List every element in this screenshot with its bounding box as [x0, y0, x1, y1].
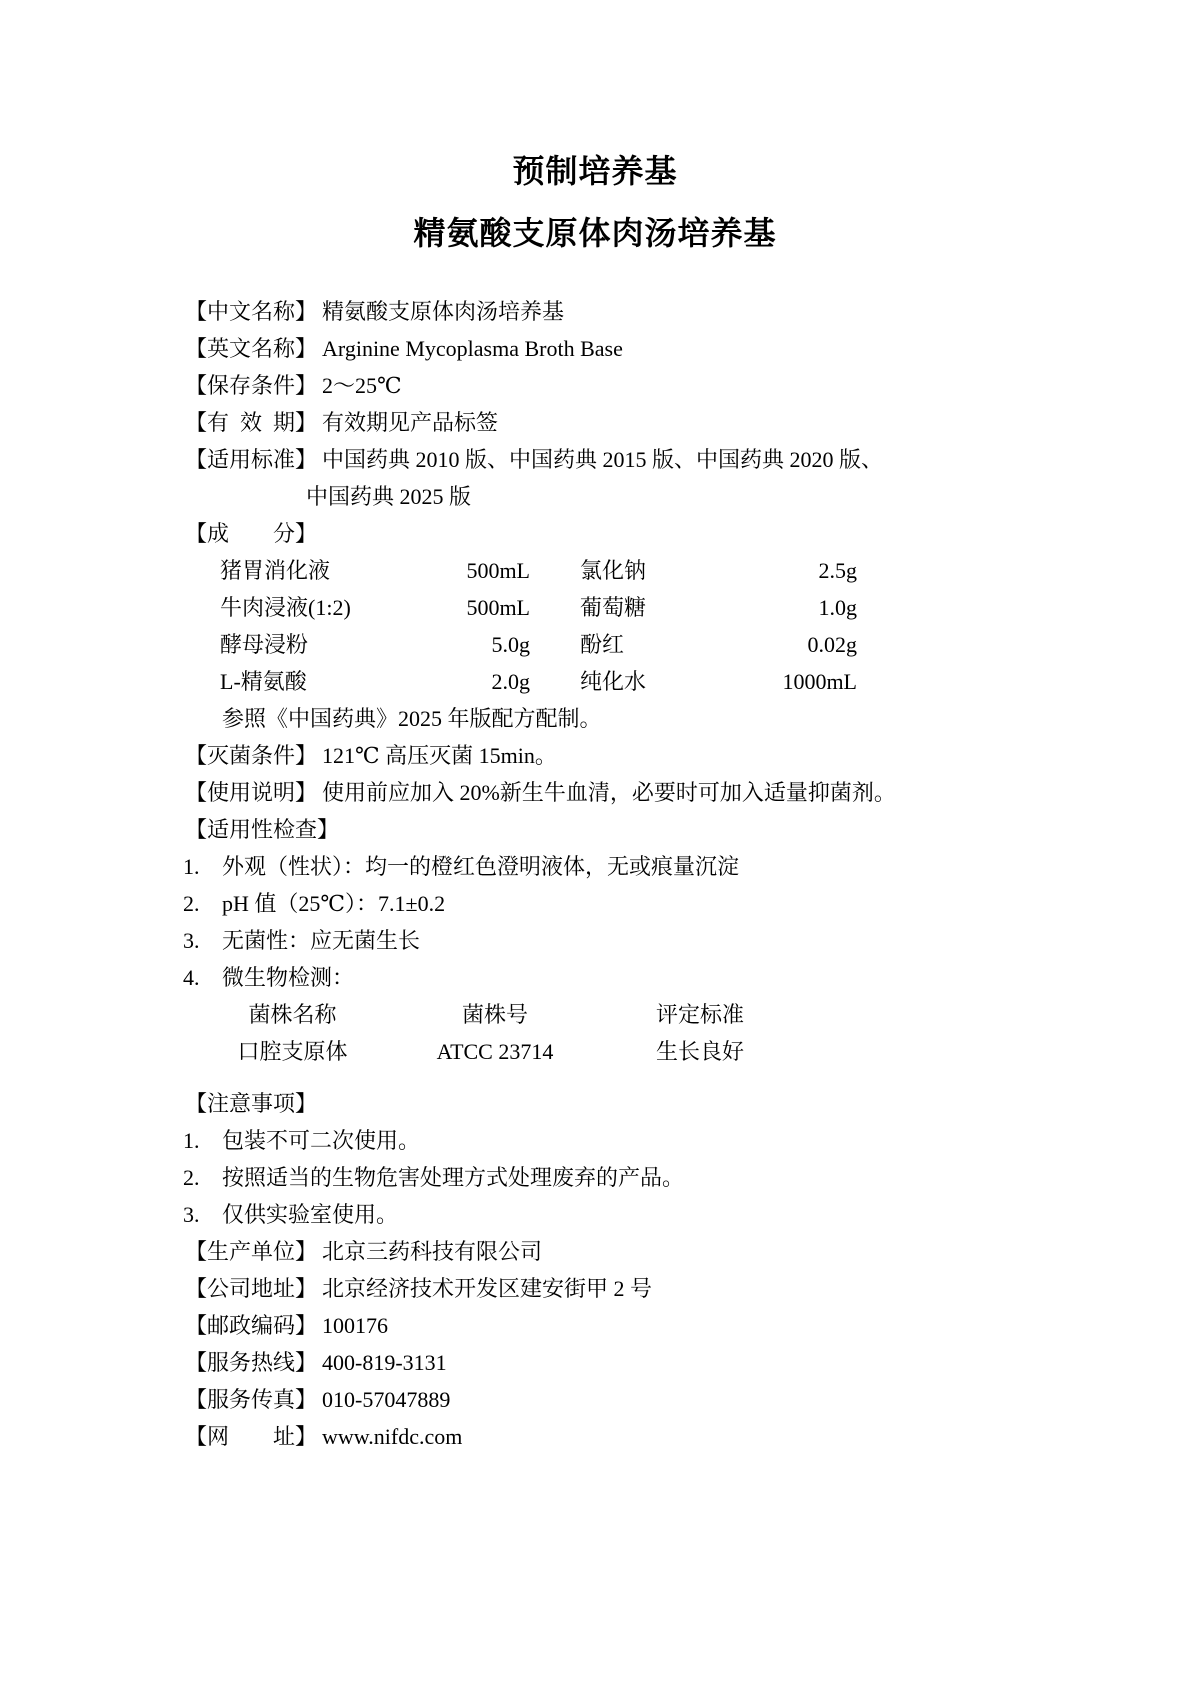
strain-table-header: 菌株名称 菌株号 评定标准 [185, 996, 1015, 1033]
doc-title-line1: 预制培养基 [0, 151, 1190, 191]
field-standard-label: 【适用标准】 [185, 447, 317, 472]
notice-item: 1.包装不可二次使用。 [185, 1122, 1015, 1159]
field-usage-value: 使用前应加入 20%新生牛血清，必要时可加入适量抑菌剂。 [322, 780, 896, 805]
field-fax: 【服务传真】010-57047889 [185, 1381, 1015, 1418]
field-cn-name-value: 精氨酸支原体肉汤培养基 [322, 299, 564, 324]
field-storage-label: 【保存条件】 [185, 373, 317, 398]
field-cn-name: 【中文名称】精氨酸支原体肉汤培养基 [185, 293, 1015, 330]
field-hotline: 【服务热线】400-819-3131 [185, 1344, 1015, 1381]
comp-ingredient: 纯化水 [580, 663, 646, 700]
item-number: 1. [183, 1122, 222, 1159]
field-website-label: 【网 址】 [185, 1424, 317, 1449]
strain-name: 口腔支原体 [185, 1033, 400, 1070]
field-validity: 【有 效 期】有效期见产品标签 [185, 404, 1015, 441]
comp-ingredient: 葡萄糖 [580, 589, 646, 626]
item-number: 3. [183, 922, 222, 959]
field-cn-name-label: 【中文名称】 [185, 299, 317, 324]
suitability-item: 1.外观（性状）：均一的橙红色澄明液体，无或痕量沉淀 [185, 848, 1015, 885]
strain-result: 生长良好 [590, 1033, 810, 1070]
field-hotline-value: 400-819-3131 [322, 1350, 447, 1375]
notice-item: 3.仅供实验室使用。 [185, 1196, 1015, 1233]
field-standard: 【适用标准】中国药典 2010 版、中国药典 2015 版、中国药典 2020 … [185, 441, 1015, 478]
field-fax-value: 010-57047889 [322, 1387, 450, 1412]
suitability-item: 3.无菌性：应无菌生长 [185, 922, 1015, 959]
item-text: 仅供实验室使用。 [222, 1196, 398, 1233]
composition-row: L-精氨酸2.0g 纯化水1000mL [185, 663, 1015, 700]
comp-ingredient: 氯化钠 [580, 552, 646, 589]
field-sterilization-value: 121℃ 高压灭菌 15min。 [322, 743, 557, 768]
item-text: 包装不可二次使用。 [222, 1122, 420, 1159]
field-en-name-label: 【英文名称】 [185, 336, 317, 361]
field-hotline-label: 【服务热线】 [185, 1350, 317, 1375]
field-standard-value-line1: 中国药典 2010 版、中国药典 2015 版、中国药典 2020 版、 [322, 447, 883, 472]
suitability-item: 4.微生物检测： [185, 959, 1015, 996]
field-en-name-value: Arginine Mycoplasma Broth Base [322, 336, 623, 361]
comp-ingredient: 酚红 [580, 626, 624, 663]
comp-amount: 500mL [466, 552, 530, 589]
notices-label: 【注意事项】 [185, 1085, 1015, 1122]
composition-row: 牛肉浸液(1:2)500mL 葡萄糖1.0g [185, 589, 1015, 626]
field-address-label: 【公司地址】 [185, 1276, 317, 1301]
item-number: 3. [183, 1196, 222, 1233]
field-usage: 【使用说明】使用前应加入 20%新生牛血清，必要时可加入适量抑菌剂。 [185, 774, 1015, 811]
item-text: 无菌性：应无菌生长 [222, 922, 420, 959]
comp-amount: 0.02g [808, 626, 858, 663]
comp-ingredient: L-精氨酸 [220, 663, 307, 700]
field-producer-label: 【生产单位】 [185, 1239, 317, 1264]
field-website-value: www.nifdc.com [322, 1424, 462, 1449]
field-postcode: 【邮政编码】100176 [185, 1307, 1015, 1344]
field-producer: 【生产单位】北京三药科技有限公司 [185, 1233, 1015, 1270]
field-validity-label: 【有 效 期】 [185, 410, 317, 435]
composition-label: 【成 分】 [185, 515, 1015, 552]
suitability-item: 2.pH 值（25℃）：7.1±0.2 [185, 885, 1015, 922]
strain-header-number: 菌株号 [400, 996, 590, 1033]
composition-note: 参照《中国药典》2025 年版配方配制。 [185, 700, 1015, 737]
item-text: pH 值（25℃）：7.1±0.2 [222, 885, 445, 922]
strain-header-name: 菌株名称 [185, 996, 400, 1033]
comp-ingredient: 酵母浸粉 [220, 626, 308, 663]
comp-amount: 1000mL [782, 663, 857, 700]
field-validity-value: 有效期见产品标签 [322, 410, 498, 435]
item-number: 4. [183, 959, 222, 996]
doc-title-line2: 精氨酸支原体肉汤培养基 [0, 213, 1190, 253]
comp-amount: 2.0g [492, 663, 531, 700]
field-fax-label: 【服务传真】 [185, 1387, 317, 1412]
field-standard-value-line2: 中国药典 2025 版 [185, 478, 1015, 515]
field-postcode-value: 100176 [322, 1313, 388, 1338]
item-number: 2. [183, 1159, 222, 1196]
document-page: 预制培养基 精氨酸支原体肉汤培养基 【中文名称】精氨酸支原体肉汤培养基 【英文名… [0, 0, 1190, 1683]
document-body: 【中文名称】精氨酸支原体肉汤培养基 【英文名称】Arginine Mycopla… [185, 293, 1015, 1455]
field-en-name: 【英文名称】Arginine Mycoplasma Broth Base [185, 330, 1015, 367]
comp-amount: 5.0g [492, 626, 531, 663]
field-address: 【公司地址】北京经济技术开发区建安街甲 2 号 [185, 1270, 1015, 1307]
field-sterilization: 【灭菌条件】121℃ 高压灭菌 15min。 [185, 737, 1015, 774]
comp-ingredient: 猪胃消化液 [220, 552, 330, 589]
comp-amount: 1.0g [819, 589, 858, 626]
field-storage-value: 2～25℃ [322, 373, 402, 398]
field-postcode-label: 【邮政编码】 [185, 1313, 317, 1338]
item-number: 1. [183, 848, 222, 885]
field-website: 【网 址】www.nifdc.com [185, 1418, 1015, 1455]
field-sterilization-label: 【灭菌条件】 [185, 743, 317, 768]
item-number: 2. [183, 885, 222, 922]
item-text: 微生物检测： [222, 959, 354, 996]
field-usage-label: 【使用说明】 [185, 780, 317, 805]
comp-amount: 500mL [466, 589, 530, 626]
suitability-label: 【适用性检查】 [185, 811, 1015, 848]
item-text: 按照适当的生物危害处理方式处理废弃的产品。 [222, 1159, 684, 1196]
item-text: 外观（性状）：均一的橙红色澄明液体，无或痕量沉淀 [222, 848, 739, 885]
notice-item: 2.按照适当的生物危害处理方式处理废弃的产品。 [185, 1159, 1015, 1196]
field-address-value: 北京经济技术开发区建安街甲 2 号 [322, 1276, 652, 1301]
field-producer-value: 北京三药科技有限公司 [322, 1239, 542, 1264]
composition-row: 酵母浸粉5.0g 酚红0.02g [185, 626, 1015, 663]
field-storage: 【保存条件】2～25℃ [185, 367, 1015, 404]
strain-table-row: 口腔支原体 ATCC 23714 生长良好 [185, 1033, 1015, 1070]
comp-amount: 2.5g [819, 552, 858, 589]
comp-ingredient: 牛肉浸液(1:2) [220, 589, 351, 626]
strain-header-criteria: 评定标准 [590, 996, 810, 1033]
strain-number: ATCC 23714 [400, 1033, 590, 1070]
composition-row: 猪胃消化液500mL 氯化钠2.5g [185, 552, 1015, 589]
